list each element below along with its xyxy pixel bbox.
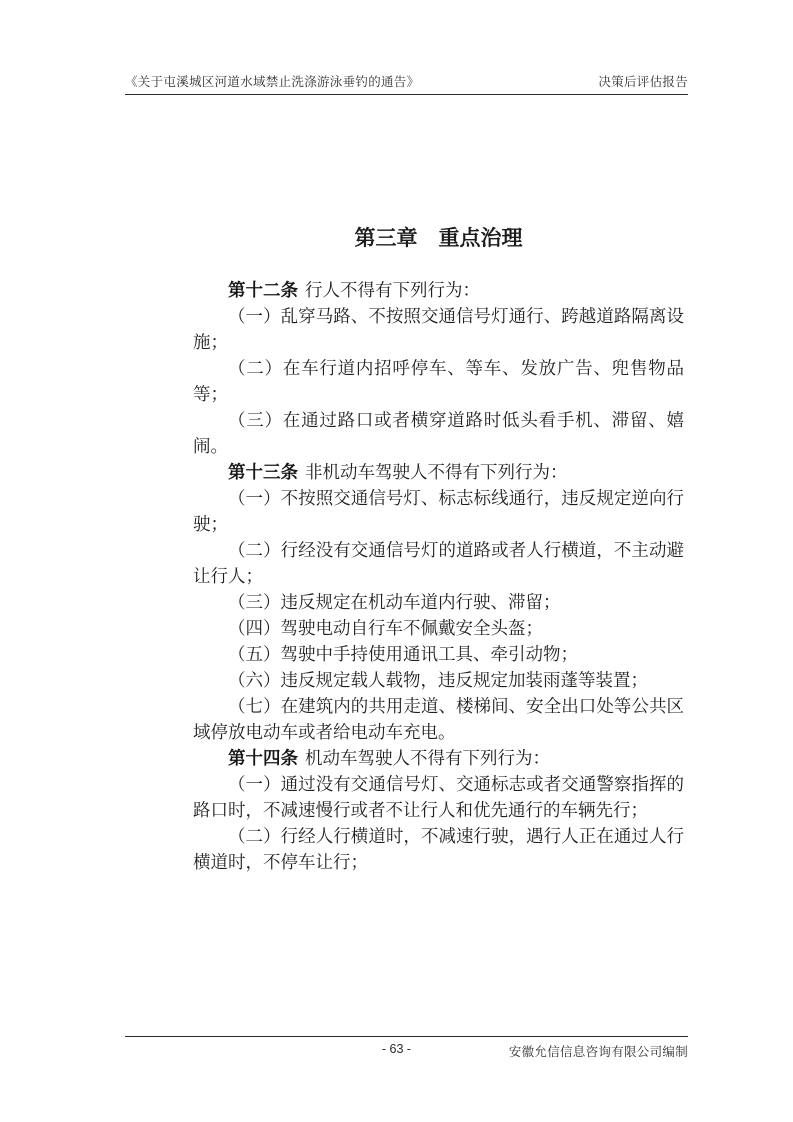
- body-paragraph: （一）乱穿马路、不按照交通信号灯通行、跨越道路隔离设施；: [193, 303, 684, 355]
- paragraph-text: （六）违反规定载人载物，违反规定加装雨蓬等装置；: [228, 670, 648, 690]
- page-header: 《关于屯溪城区河道水域禁止洗涤游泳垂钓的通告》 决策后评估报告: [125, 72, 688, 95]
- document-body: 第十二条行人不得有下列行为： （一）乱穿马路、不按照交通信号灯通行、跨越道路隔离…: [193, 277, 684, 875]
- article-number: 第十三条: [228, 462, 298, 482]
- body-paragraph: （二）行经人行横道时，不减速行驶，遇行人正在通过人行横道时，不停车让行；: [193, 823, 684, 875]
- paragraph-text: 行人不得有下列行为：: [305, 280, 480, 300]
- body-paragraph: （五）驾驶中手持使用通讯工具、牵引动物；: [193, 641, 684, 667]
- body-paragraph: 第十二条行人不得有下列行为：: [193, 277, 684, 303]
- body-paragraph: （二）行经没有交通信号灯的道路或者人行横道，不主动避让行人；: [193, 537, 684, 589]
- paragraph-text: （一）不按照交通信号灯、标志标线通行，违反规定逆向行驶；: [193, 488, 684, 534]
- footer-publisher: 安徽允信信息咨询有限公司编制: [125, 1042, 688, 1060]
- document-page: 《关于屯溪城区河道水域禁止洗涤游泳垂钓的通告》 决策后评估报告 第三章 重点治理…: [0, 0, 793, 1122]
- body-paragraph: （四）驾驶电动自行车不佩戴安全头盔；: [193, 615, 684, 641]
- header-report-type: 决策后评估报告: [598, 72, 688, 90]
- paragraph-text: （五）驾驶中手持使用通讯工具、牵引动物；: [228, 644, 578, 664]
- paragraph-text: 机动车驾驶人不得有下列行为：: [305, 748, 550, 768]
- paragraph-text: （七）在建筑内的共用走道、楼梯间、安全出口处等公共区域停放电动车或者给电动车充电…: [193, 696, 684, 742]
- paragraph-text: （二）在车行道内招呼停车、等车、发放广告、兜售物品等；: [193, 358, 684, 404]
- article-number: 第十二条: [228, 280, 298, 300]
- paragraph-text: （一）乱穿马路、不按照交通信号灯通行、跨越道路隔离设施；: [193, 306, 684, 352]
- paragraph-text: （二）行经没有交通信号灯的道路或者人行横道，不主动避让行人；: [193, 540, 684, 586]
- body-paragraph: （三）在通过路口或者横穿道路时低头看手机、滞留、嬉闹。: [193, 407, 684, 459]
- body-paragraph: （二）在车行道内招呼停车、等车、发放广告、兜售物品等；: [193, 355, 684, 407]
- paragraph-text: （三）在通过路口或者横穿道路时低头看手机、滞留、嬉闹。: [193, 410, 684, 456]
- body-paragraph: （三）违反规定在机动车道内行驶、滞留；: [193, 589, 684, 615]
- paragraph-text: （三）违反规定在机动车道内行驶、滞留；: [228, 592, 561, 612]
- footer-divider: [125, 1036, 688, 1037]
- paragraph-text: （一）通过没有交通信号灯、交通标志或者交通警察指挥的路口时，不减速慢行或者不让行…: [193, 774, 684, 820]
- body-paragraph: （七）在建筑内的共用走道、楼梯间、安全出口处等公共区域停放电动车或者给电动车充电…: [193, 693, 684, 745]
- paragraph-text: （二）行经人行横道时，不减速行驶，遇行人正在通过人行横道时，不停车让行；: [193, 826, 684, 872]
- body-paragraph: （一）通过没有交通信号灯、交通标志或者交通警察指挥的路口时，不减速慢行或者不让行…: [193, 771, 684, 823]
- paragraph-text: （四）驾驶电动自行车不佩戴安全头盔；: [228, 618, 543, 638]
- body-paragraph: 第十三条非机动车驾驶人不得有下列行为：: [193, 459, 684, 485]
- header-document-title: 《关于屯溪城区河道水域禁止洗涤游泳垂钓的通告》: [125, 72, 419, 90]
- paragraph-text: 非机动车驾驶人不得有下列行为：: [305, 462, 568, 482]
- article-number: 第十四条: [228, 748, 298, 768]
- chapter-title: 第三章 重点治理: [193, 222, 684, 252]
- body-paragraph: 第十四条机动车驾驶人不得有下列行为：: [193, 745, 684, 771]
- body-paragraph: （一）不按照交通信号灯、标志标线通行，违反规定逆向行驶；: [193, 485, 684, 537]
- body-paragraph: （六）违反规定载人载物，违反规定加装雨蓬等装置；: [193, 667, 684, 693]
